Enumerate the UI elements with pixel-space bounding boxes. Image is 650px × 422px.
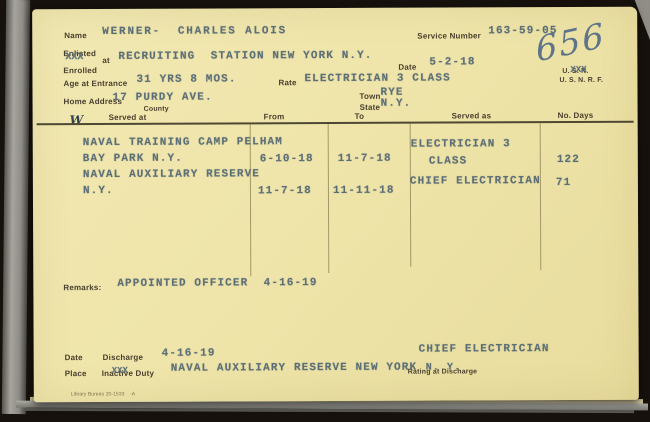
date-value: 5-2-18 (429, 56, 475, 68)
inactive-duty-strikeover: XXX (112, 366, 128, 376)
column-header-served-at: Served at (109, 113, 147, 122)
table-column-divider (540, 123, 542, 270)
age-at-entrance-label: Age at Entrance (63, 79, 127, 88)
column-header-from: From (264, 112, 285, 121)
discharge-date-label: Date (65, 353, 83, 362)
remarks-label: Remarks: (63, 283, 101, 292)
handwritten-number: 656 (534, 15, 608, 70)
name-value: WERNER- CHARLES ALOIS (102, 25, 287, 38)
table-row: CLASS (429, 155, 468, 167)
state-value: N.Y. (381, 98, 412, 110)
column-header-served-as: Served as (452, 111, 492, 120)
table-row: 11-11-18 (333, 185, 395, 197)
table-row: 122 (557, 154, 580, 166)
discharge-label: Discharge (103, 353, 144, 362)
station-value: RECRUITING STATION NEW YORK N.Y. (118, 50, 372, 63)
table-row: N.Y. (83, 185, 114, 197)
scan-edge-left (2, 0, 30, 414)
usn-strikeover: XXX (570, 65, 586, 75)
rate-label: Rate (278, 78, 296, 87)
discharge-state-value: N. Y. (426, 362, 462, 373)
rate-value: ELECTRICIAN 3 CLASS (304, 72, 450, 85)
name-label: Name (64, 31, 87, 40)
service-record-card: Name WERNER- CHARLES ALOIS Service Numbe… (32, 7, 639, 403)
discharge-date-value: 4-16-19 (162, 348, 216, 360)
discharge-place-value: NAVAL AUXILIARY RESERVE NEW YORK (171, 362, 417, 375)
table-row: 11-7-18 (258, 185, 312, 197)
table-row: CHIEF ELECTRICIAN (410, 175, 541, 188)
table-row: 71 (556, 177, 571, 189)
place-label: Place (65, 369, 87, 378)
discharge-rating-value: CHIEF ELECTRICIAN (419, 343, 550, 356)
enlisted-strikeover: XXX (65, 52, 83, 63)
table-row: NAVAL AUXILIARY RESERVE (83, 168, 260, 181)
usnrf-label: U. S. N. R. F. (559, 77, 603, 84)
column-header-no-days: No. Days (558, 111, 594, 120)
at-label: at (102, 56, 110, 65)
town-label: Town (360, 92, 381, 101)
table-row: ELECTRICIAN 3 (411, 138, 511, 150)
home-address-value: 17 PURDY AVE. (113, 92, 213, 104)
table-row: BAY PARK N.Y. (83, 153, 183, 165)
table-row: NAVAL TRAINING CAMP PELHAM (83, 136, 283, 149)
table-column-divider (328, 124, 330, 273)
enrolled-label: Enrolled (63, 66, 97, 75)
service-number-label: Service Number (417, 31, 481, 40)
table-row: 6-10-18 (260, 153, 314, 165)
age-value: 31 YRS 8 MOS. (136, 73, 236, 85)
county-label: County (144, 106, 169, 113)
photo-background: Name WERNER- CHARLES ALOIS Service Numbe… (0, 0, 650, 422)
state-label: State (360, 103, 381, 112)
form-number: Library Bureau 20-1533 -A (71, 392, 135, 397)
table-row: 11-7-18 (338, 153, 392, 165)
column-header-to: To (355, 112, 365, 121)
date-label: Date (398, 63, 416, 72)
remarks-value: APPOINTED OFFICER 4-16-19 (117, 277, 317, 290)
